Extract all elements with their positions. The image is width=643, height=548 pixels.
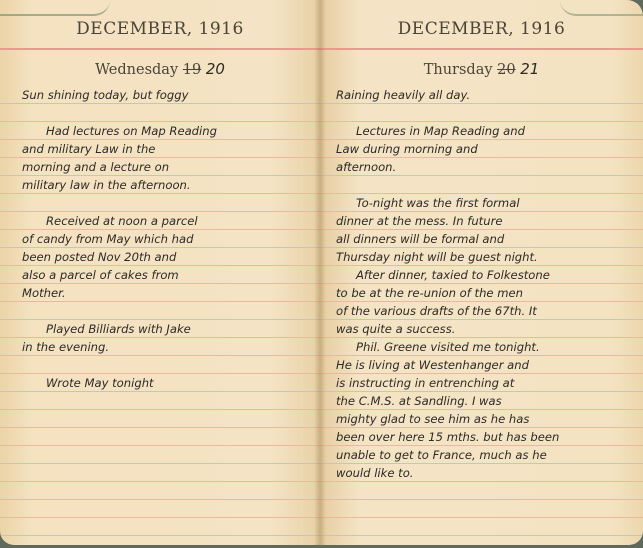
entry-line bbox=[320, 104, 643, 122]
entry-line bbox=[0, 104, 320, 122]
entry-line: Raining heavily all day. bbox=[320, 86, 643, 104]
red-header-rule bbox=[0, 48, 320, 50]
entry-line bbox=[0, 356, 320, 374]
entry-line: in the evening. bbox=[0, 338, 320, 356]
entry-line: was quite a success. bbox=[320, 320, 643, 338]
printed-day-number: 20 bbox=[497, 62, 515, 78]
entry-line: To-night was the first formal bbox=[320, 194, 643, 212]
day-name: Thursday bbox=[424, 62, 493, 78]
entry-line: been over here 15 mths. but has been bbox=[320, 428, 643, 446]
entry-line: the C.M.S. at Sandling. I was bbox=[320, 392, 643, 410]
red-header-rule bbox=[320, 48, 643, 50]
diary-entry: Raining heavily all day. Lectures in Map… bbox=[320, 86, 643, 482]
entry-line: Thursday night will be guest night. bbox=[320, 248, 643, 266]
entry-line: Mother. bbox=[0, 284, 320, 302]
day-label: Thursday 20 21 bbox=[320, 60, 643, 78]
entry-line: is instructing in entrenching at bbox=[320, 374, 643, 392]
entry-line: of the various drafts of the 67th. It bbox=[320, 302, 643, 320]
diary-spread: DECEMBER, 1916 Wednesday 19 20 Sun shini… bbox=[0, 0, 643, 545]
entry-line: of candy from May which had bbox=[0, 230, 320, 248]
entry-line: Phil. Greene visited me tonight. bbox=[320, 338, 643, 356]
entry-line bbox=[0, 194, 320, 212]
entry-line: and military Law in the bbox=[0, 140, 320, 158]
right-page: DECEMBER, 1916 Thursday 20 21 Raining he… bbox=[320, 0, 643, 545]
printed-day-number: 19 bbox=[183, 62, 201, 78]
entry-line: mighty glad to see him as he has bbox=[320, 410, 643, 428]
diary-entry: Sun shining today, but foggy Had lecture… bbox=[0, 86, 320, 392]
entry-line: He is living at Westenhanger and bbox=[320, 356, 643, 374]
handwritten-day-number: 20 bbox=[206, 60, 225, 78]
entry-line: would like to. bbox=[320, 464, 643, 482]
entry-line: all dinners will be formal and bbox=[320, 230, 643, 248]
entry-line: to be at the re-union of the men bbox=[320, 284, 643, 302]
left-page: DECEMBER, 1916 Wednesday 19 20 Sun shini… bbox=[0, 0, 320, 545]
entry-line: afternoon. bbox=[320, 158, 643, 176]
entry-line: Had lectures on Map Reading bbox=[0, 122, 320, 140]
month-header: DECEMBER, 1916 bbox=[320, 19, 643, 39]
entry-line: dinner at the mess. In future bbox=[320, 212, 643, 230]
handwritten-day-number: 21 bbox=[520, 60, 539, 78]
entry-line: military law in the afternoon. bbox=[0, 176, 320, 194]
day-label: Wednesday 19 20 bbox=[0, 60, 320, 78]
entry-line: morning and a lecture on bbox=[0, 158, 320, 176]
entry-line bbox=[0, 302, 320, 320]
day-name: Wednesday bbox=[95, 62, 178, 78]
entry-line: Lectures in Map Reading and bbox=[320, 122, 643, 140]
page-edge-decoration bbox=[0, 0, 110, 16]
entry-line: Received at noon a parcel bbox=[0, 212, 320, 230]
entry-line: unable to get to France, much as he bbox=[320, 446, 643, 464]
entry-line: Played Billiards with Jake bbox=[0, 320, 320, 338]
month-header: DECEMBER, 1916 bbox=[0, 19, 320, 39]
page-edge-decoration bbox=[560, 0, 643, 16]
entry-line: also a parcel of cakes from bbox=[0, 266, 320, 284]
entry-line bbox=[320, 176, 643, 194]
entry-line: Law during morning and bbox=[320, 140, 643, 158]
entry-line: Wrote May tonight bbox=[0, 374, 320, 392]
entry-line: been posted Nov 20th and bbox=[0, 248, 320, 266]
entry-line: After dinner, taxied to Folkestone bbox=[320, 266, 643, 284]
entry-line: Sun shining today, but foggy bbox=[0, 86, 320, 104]
